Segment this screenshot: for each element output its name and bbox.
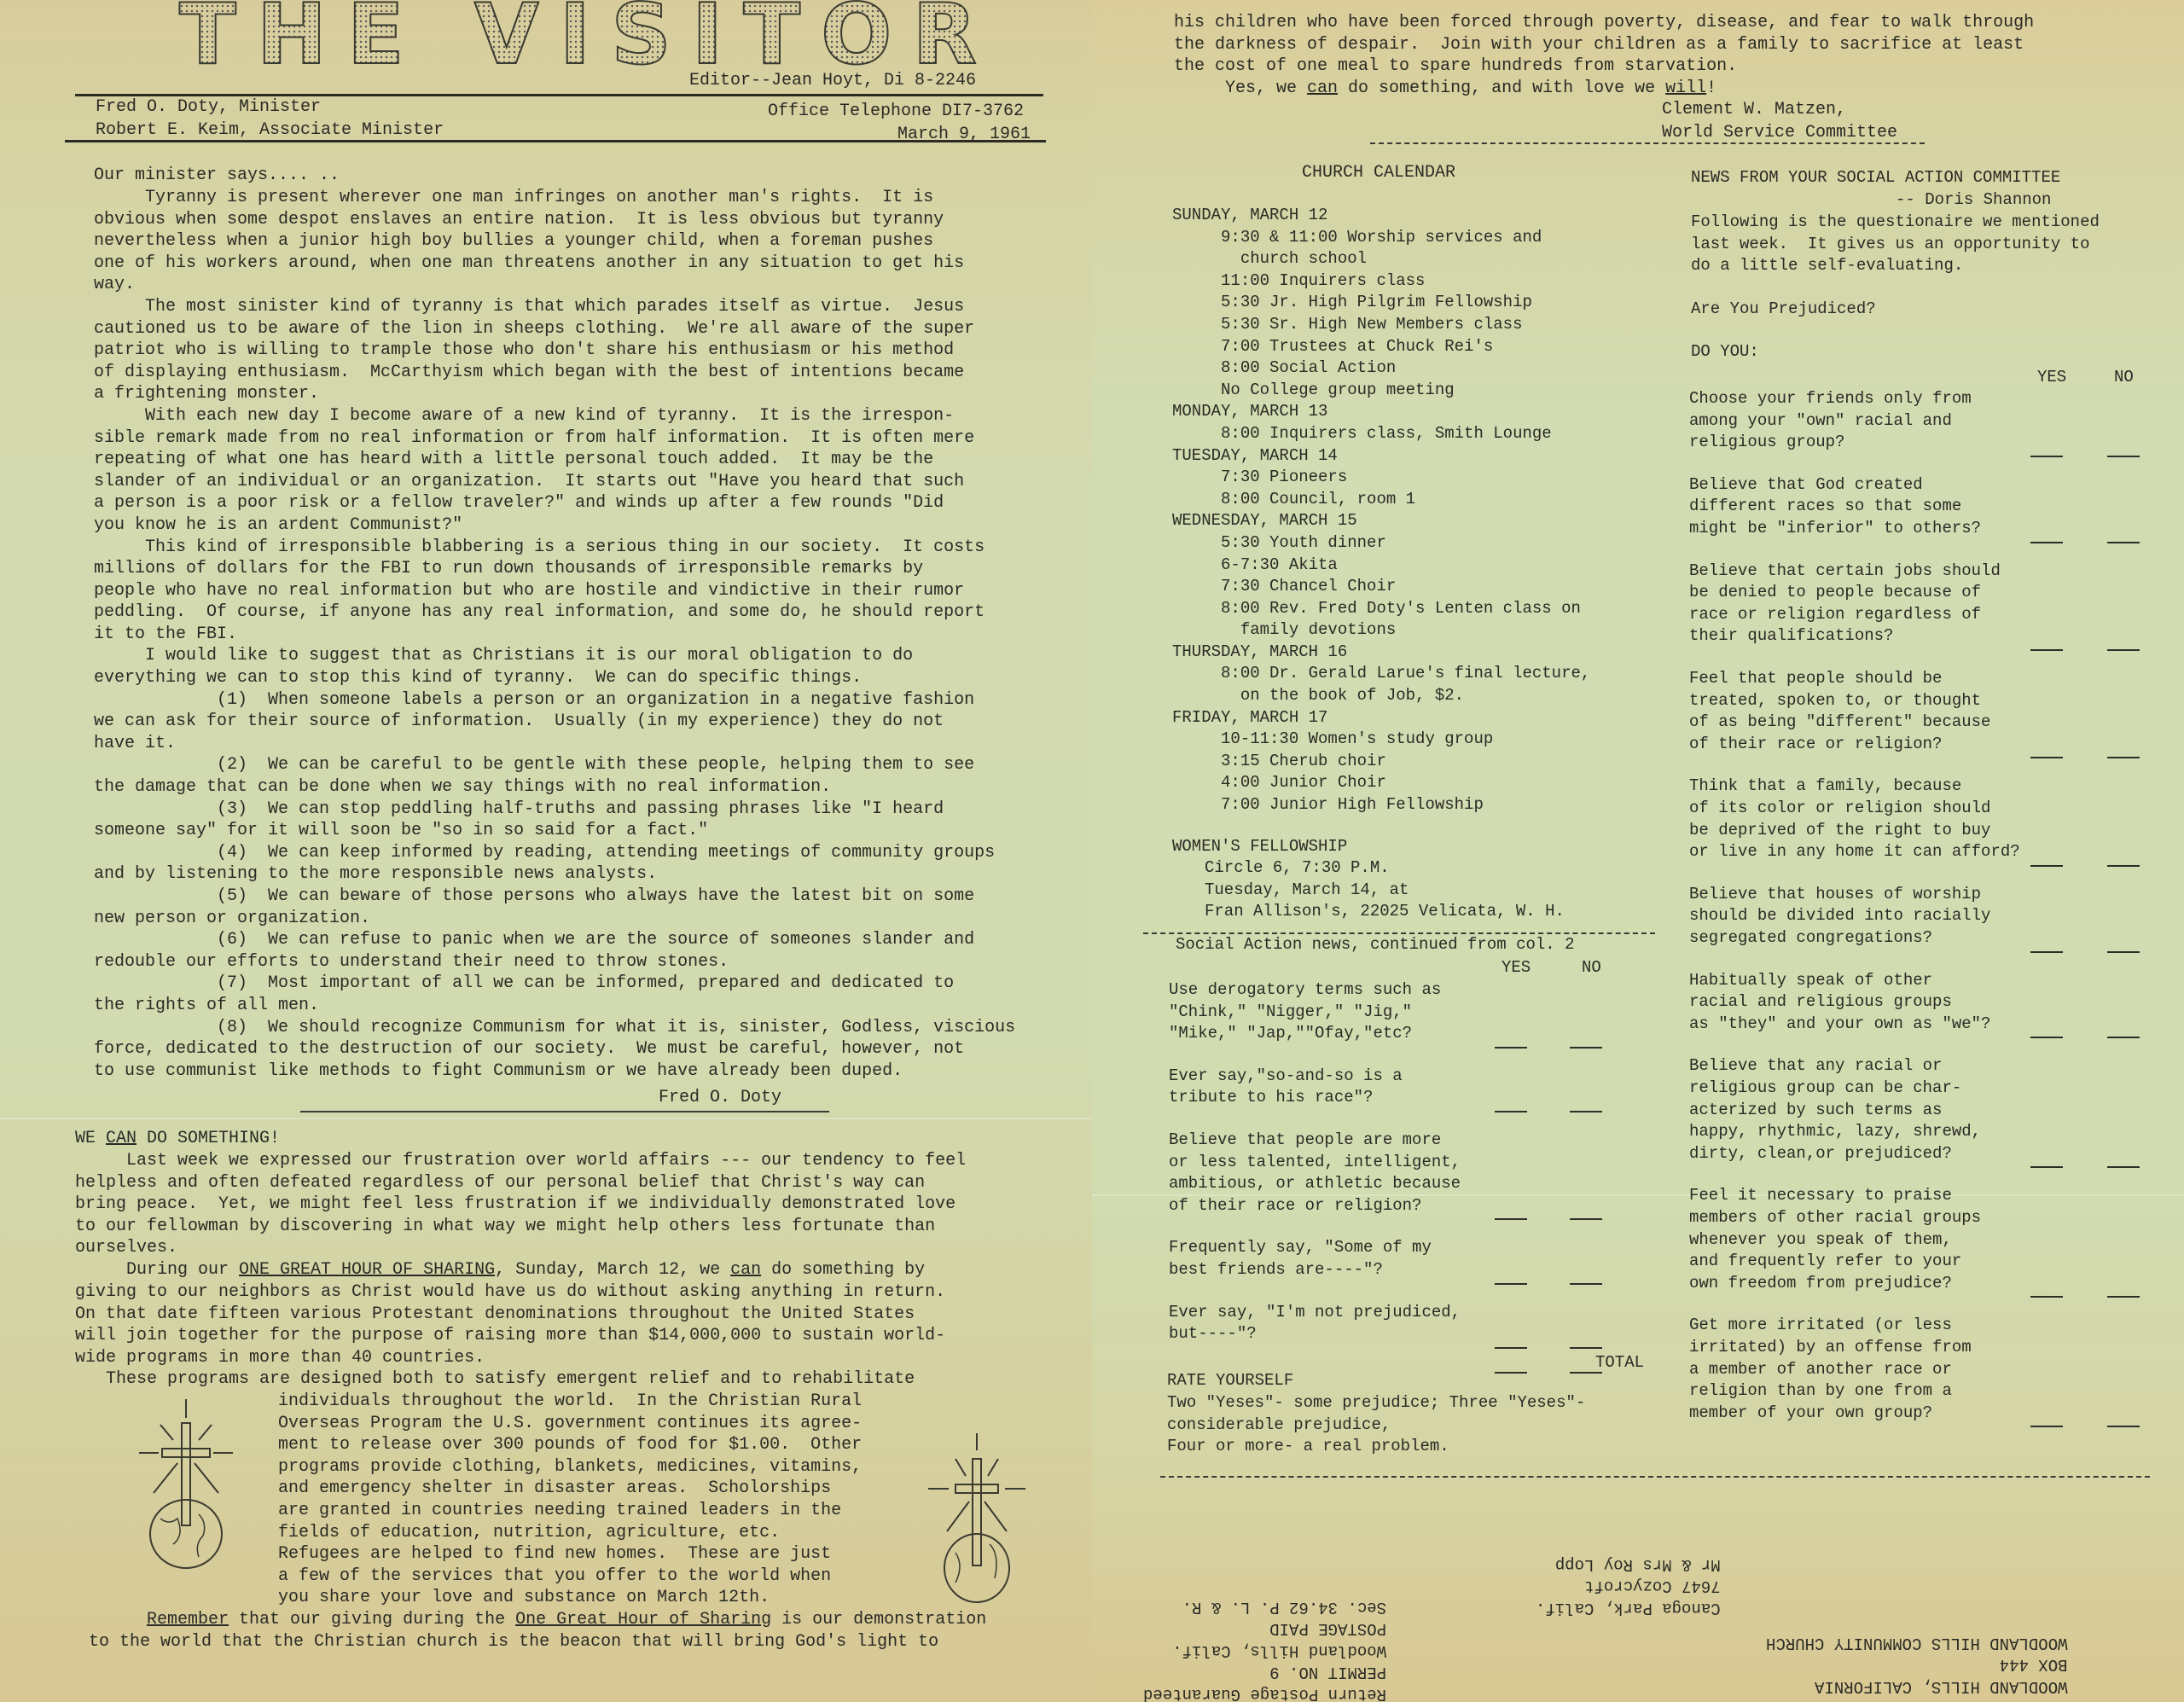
rate-yourself-heading: RATE YOURSELF	[1167, 1370, 1293, 1392]
calendar-day: FRIDAY, MARCH 17	[1172, 707, 1590, 729]
questionnaire-item: Feel that people should be treated, spok…	[1689, 668, 1990, 755]
permit-line: PERMIT NO. 9	[1143, 1661, 1386, 1683]
text-line: Two "Yeses"- some prejudice; Three "Yese…	[1167, 1392, 1585, 1414]
minister-column-heading: Our minister says.... ..	[94, 165, 340, 187]
total-label: TOTAL	[1595, 1352, 1644, 1374]
text-line: (7) Most important of all we can be info…	[94, 973, 1015, 995]
text-line: everything we can to stop this kind of t…	[94, 667, 1015, 689]
text-line: have it.	[94, 733, 1015, 755]
questionnaire-item: Think that a family, because of its colo…	[1689, 775, 2020, 863]
text-line: (8) We should recognize Communism for wh…	[94, 1017, 1015, 1039]
calendar-event: 7:30 Chancel Choir	[1172, 576, 1590, 598]
total-no-blank[interactable]	[1570, 1372, 1602, 1374]
questionnaire-item: Use derogatory terms such as "Chink," "N…	[1169, 979, 1441, 1045]
social-action-continued-heading: Social Action news, continued from col. …	[1176, 934, 1574, 956]
text-line: (6) We can refuse to panic when we are t…	[94, 929, 1015, 951]
text-line: wide programs in more than 40 countries.	[75, 1347, 945, 1369]
calendar-event: 6-7:30 Akita	[1172, 555, 1590, 577]
calendar-event: 5:30 Jr. High Pilgrim Fellowship	[1172, 292, 1590, 314]
questionnaire-item: Believe that people are more or less tal…	[1169, 1130, 1461, 1217]
calendar-event: 7:00 Junior High Fellowship	[1172, 794, 1590, 816]
text-line: obvious when some despot enslaves an ent…	[94, 209, 1015, 231]
text-line: force, dedicated to the destruction of o…	[94, 1038, 1015, 1060]
yes-answer-blank[interactable]	[2030, 951, 2063, 953]
text-line: a few of the services that you offer to …	[278, 1565, 862, 1588]
calendar-day: THURSDAY, MARCH 16	[1172, 642, 1590, 664]
no-answer-blank[interactable]	[2107, 1166, 2140, 1168]
church-calendar: SUNDAY, MARCH 12 9:30 & 11:00 Worship se…	[1172, 205, 1590, 816]
calendar-event: 10-11:30 Women's study group	[1172, 729, 1590, 751]
address-line: Canoga Park, Calif.	[1536, 1596, 1721, 1618]
text-line: giving to our neighbors as Christ would …	[75, 1281, 945, 1304]
womens-fellowship-heading: WOMEN'S FELLOWSHIP	[1172, 836, 1347, 858]
sender-line: WOODLAND HILLS COMMUNITY CHURCH	[1766, 1631, 2067, 1653]
right-page: his children who have been forced throug…	[1092, 0, 2184, 1702]
text-line: Circle 6, 7:30 P.M.	[1205, 857, 1565, 880]
fold-divider	[1160, 1476, 2150, 1478]
questionnaire-item: Frequently say, "Some of my best friends…	[1169, 1237, 1432, 1281]
calendar-event: 8:00 Dr. Gerald Larue's final lecture,	[1172, 663, 1590, 685]
sender-line: WOODLAND HILLS, CALIFORNIA	[1766, 1675, 2067, 1697]
no-answer-blank[interactable]	[2107, 1037, 2140, 1038]
text-line: individuals throughout the world. In the…	[278, 1391, 862, 1413]
text-line: peddling. Of course, if anyone has any r…	[94, 601, 1015, 624]
social-action-intro: Following is the questionaire we mention…	[1691, 212, 2100, 277]
calendar-event: 7:30 Pioneers	[1172, 467, 1590, 489]
text-line: (5) We can beware of those persons who a…	[94, 886, 1015, 908]
calendar-day: MONDAY, MARCH 13	[1172, 401, 1590, 423]
text-line: last week. It gives us an opportunity to	[1691, 234, 2100, 256]
text-line: sible remark made from no real informati…	[94, 427, 1015, 450]
questionnaire-item: Believe that any racial or religious gro…	[1689, 1055, 1981, 1165]
minister-signature: Fred O. Doty	[659, 1087, 781, 1109]
calendar-event: 5:30 Sr. High New Members class	[1172, 314, 1590, 336]
questionnaire-item: Habitually speak of other racial and rel…	[1689, 970, 1990, 1036]
text-line: are granted in countries needing trained…	[278, 1500, 862, 1522]
masthead-rule-bottom	[65, 140, 1046, 142]
no-answer-blank[interactable]	[2107, 951, 2140, 953]
we-can-body-indented: individuals throughout the world. In the…	[278, 1391, 862, 1609]
cross-globe-icon	[921, 1433, 1032, 1604]
calendar-event: No College group meeting	[1172, 380, 1590, 402]
yes-answer-blank[interactable]	[1495, 1283, 1527, 1285]
yes-answer-blank[interactable]	[2030, 1426, 2063, 1427]
yes-label: YES	[1501, 957, 1531, 979]
text-line: ourselves.	[75, 1237, 966, 1259]
rate-yourself-lines: Two "Yeses"- some prejudice; Three "Yese…	[1167, 1392, 1585, 1458]
calendar-day: SUNDAY, MARCH 12	[1172, 205, 1590, 227]
questionnaire-item: Believe that houses of worship should be…	[1689, 884, 1990, 950]
text-line: and emergency shelter in disaster areas.…	[278, 1478, 862, 1500]
text-line: the cost of one meal to spare hundreds f…	[1174, 55, 2034, 78]
text-line: fields of education, nutrition, agricult…	[278, 1522, 862, 1544]
permit-line: Return Postage Guaranteed	[1143, 1682, 1386, 1702]
associate-minister-name: Robert E. Keim, Associate Minister	[96, 119, 444, 142]
text-line: Following is the questionaire we mention…	[1691, 212, 2100, 234]
text-line: his children who have been forced throug…	[1174, 12, 2034, 34]
text-line: a person is a poor risk or a fellow trav…	[94, 492, 1015, 514]
questionnaire-title: Are You Prejudiced?	[1691, 299, 1876, 321]
text-line: I would like to suggest that as Christia…	[94, 645, 1015, 667]
editor-line: Editor--Jean Hoyt, Di 8-2246	[689, 70, 976, 92]
calendar-event: 11:00 Inquirers class	[1172, 270, 1590, 293]
address-line: Mr & Mrs Roy Lopp	[1536, 1553, 1721, 1575]
calendar-event: on the book of Job, $2.	[1172, 685, 1590, 707]
postage-permit: Return Postage GuaranteedPERMIT NO. 9Woo…	[1143, 1595, 1386, 1702]
questionnaire-item: Ever say, "I'm not prejudiced, but----"?	[1169, 1302, 1461, 1345]
no-answer-blank[interactable]	[1570, 1283, 1602, 1285]
address-line: 7647 Cozycroft	[1536, 1575, 1721, 1597]
minister-name: Fred O. Doty, Minister	[96, 96, 321, 119]
do-you-label: DO YOU:	[1691, 341, 1759, 363]
text-line: redouble our efforts to understand their…	[94, 951, 1015, 973]
text-line: Tuesday, March 14, at	[1205, 880, 1565, 902]
no-answer-blank[interactable]	[2107, 649, 2140, 651]
no-label: NO	[1582, 957, 1601, 979]
masthead-title: THE VISITOR	[179, 0, 997, 77]
no-answer-blank[interactable]	[2107, 456, 2140, 457]
yes-answer-blank[interactable]	[1495, 1047, 1527, 1049]
text-line: Refugees are helped to find new homes. T…	[278, 1543, 862, 1565]
we-can-heading: WE CAN DO SOMETHING!	[75, 1128, 280, 1150]
questionnaire-item: Ever say,"so-and-so is a tribute to his …	[1169, 1066, 1403, 1109]
text-line: you share your love and substance on Mar…	[278, 1587, 862, 1609]
text-line: we can ask for their source of informati…	[94, 711, 1015, 733]
text-line: Overseas Program the U.S. government con…	[278, 1413, 862, 1435]
calendar-day: TUESDAY, MARCH 14	[1172, 445, 1590, 468]
sender-address: WOODLAND HILLS, CALIFORNIABOX 444WOODLAN…	[1766, 1631, 2067, 1697]
text-line: patriot who is willing to trample those …	[94, 340, 1015, 362]
text-line: repeating of what one has heard with a l…	[94, 449, 1015, 471]
calendar-event: 8:00 Inquirers class, Smith Lounge	[1172, 423, 1590, 445]
permit-line: Woodland Hills, Calif.	[1143, 1639, 1386, 1661]
no-answer-blank[interactable]	[1570, 1047, 1602, 1049]
we-can-body-b: giving to our neighbors as Christ would …	[75, 1281, 945, 1391]
text-line: someone say" for it will soon be "so in …	[94, 820, 1015, 842]
calendar-event: 8:00 Social Action	[1172, 357, 1590, 380]
no-answer-blank[interactable]	[2107, 757, 2140, 758]
calendar-event: 8:00 Rev. Fred Doty's Lenten class on	[1172, 598, 1590, 620]
text-line: slander of an individual or an organizat…	[94, 471, 1015, 493]
questionnaire-item: Choose your friends only from among your…	[1689, 388, 1972, 454]
text-line: (3) We can stop peddling half-truths and…	[94, 799, 1015, 821]
text-line: With each new day I become aware of a ne…	[94, 405, 1015, 427]
calendar-event: 9:30 & 11:00 Worship services and	[1172, 227, 1590, 249]
social-action-byline: -- Doris Shannon	[1896, 189, 2051, 212]
remember-line: Remember that our giving during the One …	[96, 1609, 986, 1631]
text-line: of displaying enthusiasm. McCarthyism wh…	[94, 362, 1015, 384]
sender-line: BOX 444	[1766, 1653, 2067, 1676]
text-line: a frightening monster.	[94, 383, 1015, 405]
section-divider	[1370, 142, 1925, 144]
no-answer-blank[interactable]	[2107, 1296, 2140, 1298]
no-answer-blank[interactable]	[1570, 1347, 1602, 1349]
text-line: new person or organization.	[94, 908, 1015, 930]
text-line: the rights of all men.	[94, 995, 1015, 1017]
text-line: it to the FBI.	[94, 624, 1015, 646]
yes-answer-blank[interactable]	[1495, 1218, 1527, 1220]
calendar-event: 8:00 Council, room 1	[1172, 489, 1590, 511]
social-action-heading: NEWS FROM YOUR SOCIAL ACTION COMMITTEE	[1691, 167, 2060, 189]
calendar-event: 4:00 Junior Choir	[1172, 772, 1590, 794]
text-line: These programs are designed both to sati…	[75, 1368, 945, 1391]
yes-answer-blank[interactable]	[2030, 865, 2063, 867]
calendar-event: 5:30 Youth dinner	[1172, 532, 1590, 555]
text-line: This kind of irresponsible blabbering is…	[94, 537, 1015, 559]
text-line: bring peace. Yet, we might feel less fru…	[75, 1194, 966, 1216]
questionnaire-item: Believe that certain jobs should be deni…	[1689, 561, 2001, 648]
yes-answer-blank[interactable]	[1495, 1347, 1527, 1349]
calendar-event: 3:15 Cherub choir	[1172, 751, 1590, 773]
permit-line: Sec. 34.62 P. L. & R.	[1143, 1595, 1386, 1618]
yes-answer-blank[interactable]	[2030, 757, 2063, 758]
text-line: cautioned us to be aware of the lion in …	[94, 318, 1015, 340]
office-telephone: Office Telephone DI7-3762	[768, 101, 1024, 123]
we-can-body-a: Last week we expressed our frustration o…	[75, 1150, 966, 1259]
yes-answer-blank[interactable]	[2030, 1166, 2063, 1168]
mailing-addressee: Canoga Park, Calif.7647 CozycroftMr & Mr…	[1536, 1553, 1721, 1618]
text-line: to our fellowman by discovering in what …	[75, 1216, 966, 1238]
no-answer-blank[interactable]	[2107, 1426, 2140, 1427]
text-line: and by listening to the more responsible…	[94, 863, 1015, 886]
yes-answer-blank[interactable]	[2030, 649, 2063, 651]
no-answer-blank[interactable]	[2107, 865, 2140, 867]
yes-answer-blank[interactable]	[2030, 1296, 2063, 1298]
sharing-line: During our ONE GREAT HOUR OF SHARING, Su…	[75, 1259, 925, 1281]
text-line: Fran Allison's, 22025 Velicata, W. H.	[1205, 901, 1565, 923]
calendar-heading: CHURCH CALENDAR	[1302, 162, 1455, 184]
no-label: NO	[2114, 367, 2134, 389]
text-line: programs provide clothing, blankets, med…	[278, 1456, 862, 1478]
we-can-continued: his children who have been forced throug…	[1174, 12, 2034, 78]
no-answer-blank[interactable]	[1570, 1218, 1602, 1220]
signer-title: World Service Committee	[1662, 122, 1897, 144]
left-page: THE VISITOR Editor--Jean Hoyt, Di 8-2246…	[0, 0, 1092, 1702]
text-line: Tyranny is present wherever one man infr…	[94, 187, 1015, 209]
text-line: you know he is an ardent Communist?"	[94, 514, 1015, 537]
calendar-day: WEDNESDAY, MARCH 15	[1172, 510, 1590, 532]
calendar-event: church school	[1172, 248, 1590, 270]
section-divider	[300, 1111, 829, 1112]
text-line: considerable prejudice,	[1167, 1414, 1585, 1437]
womens-fellowship-details: Circle 6, 7:30 P.M.Tuesday, March 14, at…	[1205, 857, 1565, 923]
no-answer-blank[interactable]	[1570, 1111, 1602, 1112]
text-line: nevertheless when a junior high boy bull…	[94, 230, 1015, 253]
text-line: way.	[94, 274, 1015, 296]
cross-globe-icon	[135, 1399, 237, 1570]
text-line: The most sinister kind of tyranny is tha…	[94, 296, 1015, 318]
last-line: to the world that the Christian church i…	[89, 1631, 938, 1653]
total-yes-blank[interactable]	[1495, 1372, 1527, 1374]
text-line: (1) When someone labels a person or an o…	[94, 689, 1015, 712]
text-line: will join together for the purpose of ra…	[75, 1325, 945, 1347]
yes-label: YES	[2037, 367, 2066, 389]
yes-answer-blank[interactable]	[2030, 1037, 2063, 1038]
questionnaire-item: Get more irritated (or less irritated) b…	[1689, 1315, 1972, 1424]
yes-answer-blank[interactable]	[2030, 542, 2063, 543]
permit-line: POSTAGE PAID	[1143, 1618, 1386, 1640]
yes-answer-blank[interactable]	[2030, 456, 2063, 457]
minister-column-body: Tyranny is present wherever one man infr…	[94, 187, 1015, 1082]
questionnaire-item: Feel it necessary to praise members of o…	[1689, 1185, 1981, 1294]
yes-answer-blank[interactable]	[1495, 1111, 1527, 1112]
text-line: millions of dollars for the FBI to run d…	[94, 558, 1015, 580]
text-line: (2) We can be careful to be gentle with …	[94, 754, 1015, 776]
text-line: On that date fifteen various Protestant …	[75, 1304, 945, 1326]
text-line: (4) We can keep informed by reading, att…	[94, 842, 1015, 864]
text-line: the darkness of despair. Join with your …	[1174, 34, 2034, 56]
text-line: one of his workers around, when one man …	[94, 253, 1015, 275]
calendar-event: 7:00 Trustees at Chuck Rei's	[1172, 336, 1590, 358]
text-line: ment to release over 300 pounds of food …	[278, 1434, 862, 1456]
text-line: helpless and often defeated regardless o…	[75, 1172, 966, 1194]
text-line: do a little self-evaluating.	[1691, 255, 2100, 277]
no-answer-blank[interactable]	[2107, 542, 2140, 543]
questionnaire-item: Believe that God created different races…	[1689, 474, 1981, 540]
text-line: people who have no real information but …	[94, 580, 1015, 602]
text-line: Last week we expressed our frustration o…	[75, 1150, 966, 1172]
text-line: Four or more- a real problem.	[1167, 1436, 1585, 1458]
fold-crease	[0, 1118, 1092, 1119]
closing-line: Yes, we can do something, and with love …	[1174, 78, 1716, 100]
text-line: to use communist like methods to fight C…	[94, 1060, 1015, 1083]
calendar-event: family devotions	[1172, 619, 1590, 642]
signer-name: Clement W. Matzen,	[1662, 99, 1846, 121]
text-line: the damage that can be done when we say …	[94, 776, 1015, 799]
